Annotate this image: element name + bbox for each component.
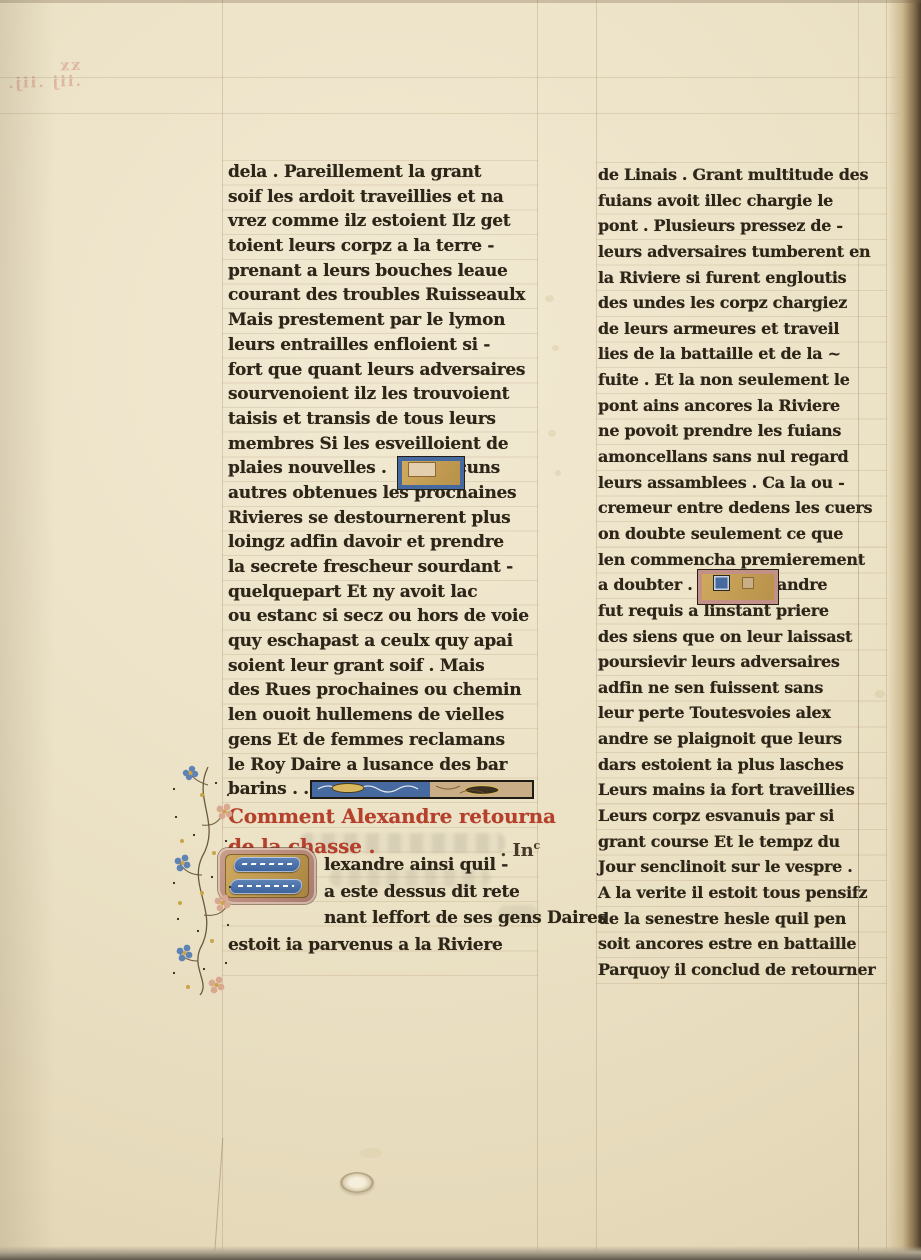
- paragraph-mark-inner: [742, 577, 754, 589]
- manuscript-text-line: andre se plaignoit que leurs: [598, 726, 898, 752]
- manuscript-text-line: leurs adversaires tumberent en: [598, 239, 898, 265]
- manuscript-text-line: courant des troubles Ruisseaulx: [228, 283, 540, 308]
- paragraph-mark-ornament: [398, 457, 464, 489]
- flower-blue: [177, 945, 193, 962]
- stain-spot: [545, 295, 554, 302]
- manuscript-text-line: soit ancores estre en battaille: [598, 931, 898, 957]
- flower-blue: [175, 855, 191, 872]
- manuscript-text-line: fuians avoit illec chargie le: [598, 188, 898, 214]
- line-filler-ornament: [310, 778, 534, 801]
- manuscript-text-line: leurs assamblees . Ca la ou -: [598, 470, 898, 496]
- manuscript-text-line: adfin ne sen fuissent sans: [598, 675, 898, 701]
- manuscript-text-line: toient leurs corpz a la terre -: [228, 234, 540, 259]
- manuscript-text-line: de la senestre hesle quil pen: [598, 906, 898, 932]
- manuscript-text-line: Leurs corpz esvanuis par si: [598, 803, 898, 829]
- manuscript-text-line: leur perte Toutesvoies alex: [598, 700, 898, 726]
- manuscript-text-line: cremeur entre dedens les cuers: [598, 495, 898, 521]
- ruling-horizontal-line: [0, 77, 921, 78]
- manuscript-text-line: Leurs mains ia fort traveillies: [598, 777, 898, 803]
- manuscript-text-line: soient leur grant soif . Mais: [228, 654, 540, 679]
- manuscript-text-line: amoncellans sans nul regard: [598, 444, 898, 470]
- manuscript-text-line: la secrete frescheur sourdant -: [228, 555, 540, 580]
- manuscript-text-line: A la verite il estoit tous pensifz: [598, 880, 898, 906]
- manuscript-text-line: soif les ardoit traveillies et na: [228, 185, 540, 210]
- paragraph-mark-inner: [714, 576, 729, 590]
- manuscript-text-line: de Linais . Grant multitude des: [598, 162, 898, 188]
- flower-salmon: [215, 895, 231, 912]
- manuscript-text-line: nant leffort de ses gens Daires: [228, 905, 540, 932]
- manuscript-text-line: grant course Et le tempz du: [598, 829, 898, 855]
- manuscript-text-line: des Rues prochaines ou chemin: [228, 678, 540, 703]
- manuscript-text-line: ou estanc si secz ou hors de voie: [228, 604, 540, 629]
- stain-spot: [555, 470, 561, 476]
- manuscript-text-line: estoit ia parvenus a la Riviere: [228, 932, 540, 959]
- manuscript-text-line: dars estoient ia plus lasches: [598, 752, 898, 778]
- flower-blue: [183, 766, 198, 780]
- manuscript-text-line: membres Si les esveilloient de: [228, 432, 540, 457]
- manuscript-text-line: len ouoit hullemens de vielles: [228, 703, 540, 728]
- manuscript-text-line: prenant a leurs bouches leaue: [228, 259, 540, 284]
- manuscript-text-line: quelquepart Et ny avoit lac: [228, 580, 540, 605]
- manuscript-text-line: Rivieres se destournerent plus: [228, 506, 540, 531]
- manuscript-text-line: sourvenoient ilz les trouvoient: [228, 382, 540, 407]
- manuscript-text-line: Mais prestement par le lymon: [228, 308, 540, 333]
- manuscript-text-line: poursievir leurs adversaires: [598, 649, 898, 675]
- manuscript-text-line: ne povoit prendre les fuians: [598, 418, 898, 444]
- manuscript-text-line: quy eschapast a ceulx quy apai: [228, 629, 540, 654]
- flower-salmon: [217, 804, 233, 820]
- manuscript-text-line: le Roy Daire a lusance des bar: [228, 753, 540, 778]
- margin-penwork-flourish: [168, 765, 240, 997]
- page-bottom-edge: [0, 1246, 921, 1260]
- left-text-column: dela . Pareillement la grantsoif les ard…: [228, 160, 540, 802]
- manuscript-text-line: autres obtenues les prochaines: [228, 481, 540, 506]
- manuscript-text-line: on doubte seulement ce que: [598, 521, 898, 547]
- manuscript-text-line: leurs entrailles enfloient si -: [228, 333, 540, 358]
- stain-spot: [360, 1148, 382, 1158]
- incipit-superscript: c: [534, 839, 541, 852]
- stain-spot: [548, 430, 556, 437]
- rubric-line: Comment Alexandre retourna: [228, 801, 540, 831]
- manuscript-text-line: dela . Pareillement la grant: [228, 160, 540, 185]
- manuscript-text-line: pont . Plusieurs pressez de -: [598, 213, 898, 239]
- manuscript-text-line: fuite . Et la non seulement le: [598, 367, 898, 393]
- parchment-hole: [340, 1172, 374, 1193]
- manuscript-text-line: vrez comme ilz estoient Ilz get: [228, 209, 540, 234]
- manuscript-text-line: des siens que on leur laissast: [598, 624, 898, 650]
- paragraph-mark-ornament: [698, 570, 778, 604]
- manuscript-text-line: Jour senclinoit sur le vespre .: [598, 854, 898, 880]
- binding-shadow: [0, 0, 55, 1260]
- manuscript-text-line: loingz adfin davoir et prendre: [228, 530, 540, 555]
- page-right-edge: [887, 0, 921, 1260]
- chapter-opening-paragraph: A lexandre ainsi quil -a este dessus dit…: [228, 852, 540, 958]
- stain-spot: [552, 345, 559, 351]
- manuscript-text-line: fort que quant leurs adversaires: [228, 358, 540, 383]
- manuscript-text-line: pont ains ancores la Riviere: [598, 393, 898, 419]
- ruling-horizontal-line: [0, 113, 921, 114]
- page-top-edge: [0, 0, 921, 3]
- manuscript-text-line: Parquoy il conclud de retourner: [598, 957, 898, 983]
- manuscript-text-line: la Riviere si furent engloutis: [598, 265, 898, 291]
- manuscript-text-line: len commencha premierement: [598, 547, 898, 573]
- manuscript-text-line: plaies nouvelles . Aucuns: [228, 456, 540, 481]
- manuscript-text-line: de leurs armeures et traveil: [598, 316, 898, 342]
- manuscript-text-line: gens Et de femmes reclamans: [228, 728, 540, 753]
- manuscript-page: xx .iij .iij. dela . Pareillement la gra…: [0, 0, 921, 1260]
- manuscript-text-line: taisis et transis de tous leurs: [228, 407, 540, 432]
- manuscript-text-line: des undes les corpz chargiez: [598, 290, 898, 316]
- paragraph-mark-inner: [409, 463, 435, 476]
- initial-letter-stroke: [232, 857, 301, 872]
- manuscript-text-line: lies de la battaille et de la ~: [598, 341, 898, 367]
- flower-salmon: [209, 977, 225, 994]
- vertical-crease: [858, 0, 859, 1260]
